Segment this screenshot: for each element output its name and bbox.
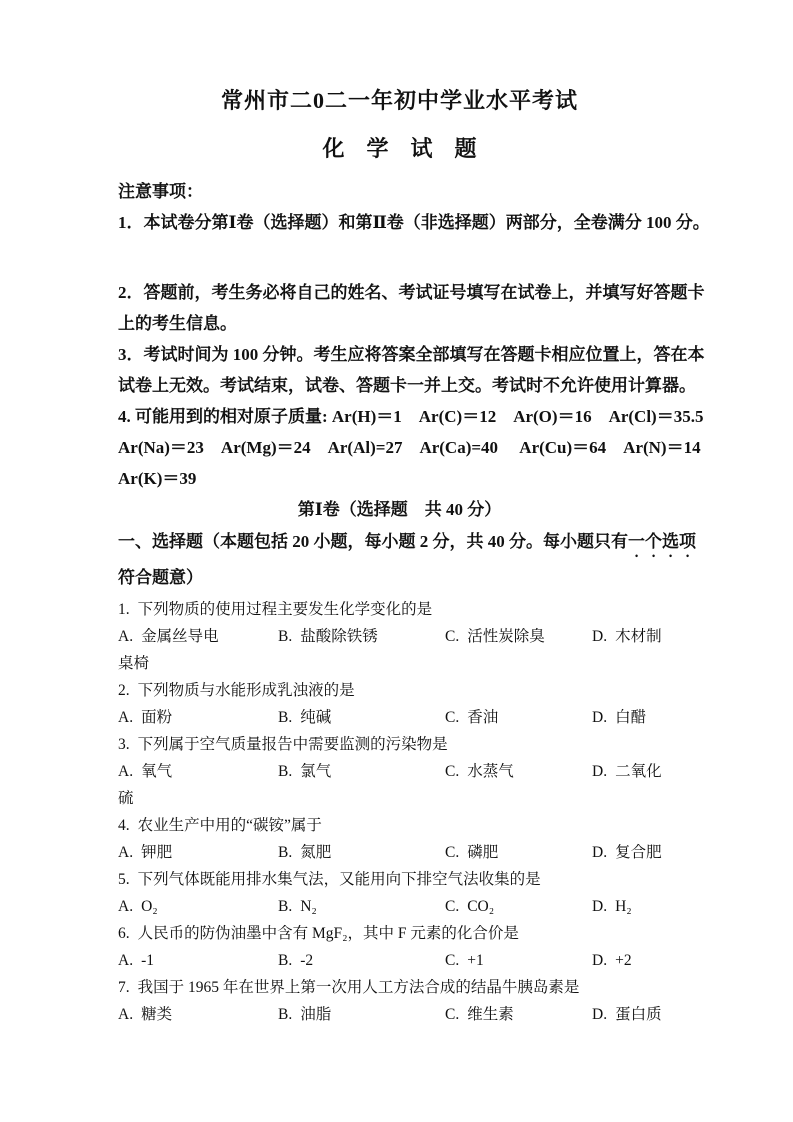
notice-heading: 注意事项： xyxy=(118,176,681,207)
question-stem: 4.农业生产中用的“碳铵”属于 xyxy=(118,812,681,839)
option-d: D.H₂ xyxy=(592,893,681,920)
option-c: C.+1 xyxy=(445,947,592,974)
option-d-label: D. xyxy=(592,898,607,915)
option-d-continuation: 硫 xyxy=(118,785,681,812)
option-a-text: 面粉 xyxy=(141,709,172,726)
option-b-label: B. xyxy=(278,898,292,915)
question-stem-text: 下列属于空气质量报告中需要监测的污染物是 xyxy=(138,736,448,753)
option-a-label: A. xyxy=(118,763,133,780)
question-number: 6. xyxy=(118,925,130,942)
section-1-heading: 第Ⅰ卷（选择题 共 40 分） xyxy=(118,494,681,525)
option-d-label: D. xyxy=(592,628,607,645)
notice-item-4-line-1: 4. 可能用到的相对原子质量: Ar(H)＝1 Ar(C)＝12 Ar(O)＝1… xyxy=(118,401,681,432)
question-block: 5.下列气体既能用排水集气法，又能用向下排空气法收集的是 A.O₂ B.N₂ C… xyxy=(118,866,681,920)
option-d-label: D. xyxy=(592,1006,607,1023)
option-d-label: D. xyxy=(592,844,607,861)
option-d-label: D. xyxy=(592,952,607,969)
option-d-label: D. xyxy=(592,709,607,726)
option-c-text: 水蒸气 xyxy=(467,763,514,780)
option-b-text: N₂ xyxy=(300,898,317,915)
option-d: D.+2 xyxy=(592,947,681,974)
option-d: D.木材制 xyxy=(592,623,681,650)
section-1-intro-text: 一、选择题（本题包括 20 小题，每小题 2 分，共 40 分。每小题只有 xyxy=(118,532,628,551)
option-a: A.金属丝导电 xyxy=(118,623,278,650)
option-a-label: A. xyxy=(118,898,133,915)
option-c-text: +1 xyxy=(467,952,484,969)
question-options-row: A.钾肥 B.氮肥 C.磷肥 D.复合肥 xyxy=(118,839,681,866)
question-block: 1.下列物质的使用过程主要发生化学变化的是 A.金属丝导电 B.盐酸除铁锈 C.… xyxy=(118,596,681,677)
option-b-text: 油脂 xyxy=(300,1006,331,1023)
option-b-label: B. xyxy=(278,763,292,780)
option-c-label: C. xyxy=(445,763,459,780)
option-c: C.香油 xyxy=(445,704,592,731)
option-b: B.纯碱 xyxy=(278,704,445,731)
option-c-label: C. xyxy=(445,1006,459,1023)
option-c: C.CO₂ xyxy=(445,893,592,920)
question-stem-text: 我国于 1965 年在世界上第一次用人工方法合成的结晶牛胰岛素是 xyxy=(138,979,580,996)
option-d: D.复合肥 xyxy=(592,839,681,866)
option-d: D.白醋 xyxy=(592,704,681,731)
question-number: 4. xyxy=(118,817,130,834)
question-options-row: A.-1 B.-2 C.+1 D.+2 xyxy=(118,947,681,974)
question-block: 6.人民币的防伪油墨中含有 MgF₂，其中 F 元素的化合价是 A.-1 B.-… xyxy=(118,920,681,974)
notice-item-1: 1．本试卷分第Ⅰ卷（选择题）和第Ⅱ卷（非选择题）两部分，全卷满分 100 分。 xyxy=(118,207,681,238)
option-d: D.蛋白质 xyxy=(592,1001,681,1028)
option-b: B.氮肥 xyxy=(278,839,445,866)
option-d-text: 复合肥 xyxy=(615,844,662,861)
document-subtitle: 化 学 试 题 xyxy=(118,134,681,164)
option-a-text: O₂ xyxy=(141,898,158,915)
option-d-text: 白醋 xyxy=(615,709,646,726)
option-a-label: A. xyxy=(118,1006,133,1023)
option-a: A.-1 xyxy=(118,947,278,974)
option-b-label: B. xyxy=(278,628,292,645)
option-b-text: 纯碱 xyxy=(300,709,331,726)
option-a: A.O₂ xyxy=(118,893,278,920)
question-block: 3.下列属于空气质量报告中需要监测的污染物是 A.氧气 B.氯气 C.水蒸气 D… xyxy=(118,731,681,812)
option-c-text: 磷肥 xyxy=(467,844,498,861)
option-b: B.N₂ xyxy=(278,893,445,920)
question-number: 3. xyxy=(118,736,130,753)
question-stem: 7.我国于 1965 年在世界上第一次用人工方法合成的结晶牛胰岛素是 xyxy=(118,974,681,1001)
notice-item-4-line-3: Ar(K)＝39 xyxy=(118,463,681,494)
question-block: 4.农业生产中用的“碳铵”属于 A.钾肥 B.氮肥 C.磷肥 D.复合肥 xyxy=(118,812,681,866)
option-a-text: 糖类 xyxy=(141,1006,172,1023)
option-c: C.维生素 xyxy=(445,1001,592,1028)
option-d: D.二氧化 xyxy=(592,758,681,785)
notice-item-3-line-2: 试卷上无效。考试结束，试卷、答题卡一并上交。考试时不允许使用计算器。 xyxy=(118,370,681,401)
question-stem: 2.下列物质与水能形成乳浊液的是 xyxy=(118,677,681,704)
question-block: 2.下列物质与水能形成乳浊液的是 A.面粉 B.纯碱 C.香油 D.白醋 xyxy=(118,677,681,731)
option-a-label: A. xyxy=(118,628,133,645)
option-c-label: C. xyxy=(445,844,459,861)
option-c: C.磷肥 xyxy=(445,839,592,866)
section-1-intro-line-1: 一、选择题（本题包括 20 小题，每小题 2 分，共 40 分。每小题只有一个选… xyxy=(118,525,681,561)
question-stem-text: 人民币的防伪油墨中含有 MgF₂，其中 F 元素的化合价是 xyxy=(138,925,519,942)
option-b-text: 氮肥 xyxy=(300,844,331,861)
option-b: B.-2 xyxy=(278,947,445,974)
option-b-text: 盐酸除铁锈 xyxy=(300,628,378,645)
question-options-row: A.O₂ B.N₂ C.CO₂ D.H₂ xyxy=(118,893,681,920)
option-d-text: H₂ xyxy=(615,898,632,915)
option-c-text: 活性炭除臭 xyxy=(467,628,545,645)
questions-list: 1.下列物质的使用过程主要发生化学变化的是 A.金属丝导电 B.盐酸除铁锈 C.… xyxy=(118,596,681,1028)
option-b-label: B. xyxy=(278,709,292,726)
option-a: A.面粉 xyxy=(118,704,278,731)
option-b: B.盐酸除铁锈 xyxy=(278,623,445,650)
option-a-text: 钾肥 xyxy=(141,844,172,861)
question-stem: 5.下列气体既能用排水集气法，又能用向下排空气法收集的是 xyxy=(118,866,681,893)
question-block: 7.我国于 1965 年在世界上第一次用人工方法合成的结晶牛胰岛素是 A.糖类 … xyxy=(118,974,681,1028)
option-a-text: 氧气 xyxy=(141,763,172,780)
notice-item-4-line-2: Ar(Na)＝23 Ar(Mg)＝24 Ar(Al)=27 Ar(Ca)=40 … xyxy=(118,432,681,463)
option-a-label: A. xyxy=(118,952,133,969)
option-a-label: A. xyxy=(118,844,133,861)
document-title: 常州市二0二一年初中学业水平考试 xyxy=(118,86,681,116)
option-b: B.氯气 xyxy=(278,758,445,785)
option-c-label: C. xyxy=(445,952,459,969)
section-1-intro-line-2: 符合题意） xyxy=(118,561,681,594)
option-a-label: A. xyxy=(118,709,133,726)
option-b-label: B. xyxy=(278,844,292,861)
option-c: C.活性炭除臭 xyxy=(445,623,592,650)
question-stem-text: 下列气体既能用排水集气法，又能用向下排空气法收集的是 xyxy=(138,871,541,888)
question-options-row: A.面粉 B.纯碱 C.香油 D.白醋 xyxy=(118,704,681,731)
option-d-continuation: 桌椅 xyxy=(118,650,681,677)
option-b-text: -2 xyxy=(300,952,313,969)
option-d-text: +2 xyxy=(615,952,632,969)
option-b: B.油脂 xyxy=(278,1001,445,1028)
option-a-text: 金属丝导电 xyxy=(141,628,219,645)
question-options-row: A.金属丝导电 B.盐酸除铁锈 C.活性炭除臭 D.木材制 xyxy=(118,623,681,650)
option-d-text: 木材制 xyxy=(615,628,662,645)
section-1-intro-emphasized-text: 一个选项 xyxy=(628,532,696,551)
option-c-text: 香油 xyxy=(467,709,498,726)
option-c-text: CO₂ xyxy=(467,898,494,915)
option-c-label: C. xyxy=(445,898,459,915)
option-d-text: 蛋白质 xyxy=(615,1006,662,1023)
notice-item-3-line-1: 3．考试时间为 100 分钟。考生应将答案全部填写在答题卡相应位置上，答在本 xyxy=(118,339,681,370)
question-options-row: A.糖类 B.油脂 C.维生素 D.蛋白质 xyxy=(118,1001,681,1028)
option-d-label: D. xyxy=(592,763,607,780)
question-number: 1. xyxy=(118,601,130,618)
question-stem-text: 下列物质与水能形成乳浊液的是 xyxy=(138,682,355,699)
option-a-text: -1 xyxy=(141,952,154,969)
option-b-text: 氯气 xyxy=(300,763,331,780)
question-number: 2. xyxy=(118,682,130,699)
question-stem: 3.下列属于空气质量报告中需要监测的污染物是 xyxy=(118,731,681,758)
exam-document-page: 常州市二0二一年初中学业水平考试 化 学 试 题 注意事项： 1．本试卷分第Ⅰ卷… xyxy=(0,0,793,1122)
question-stem: 6.人民币的防伪油墨中含有 MgF₂，其中 F 元素的化合价是 xyxy=(118,920,681,947)
option-c-text: 维生素 xyxy=(467,1006,514,1023)
question-number: 5. xyxy=(118,871,130,888)
option-a: A.钾肥 xyxy=(118,839,278,866)
option-d-text: 二氧化 xyxy=(615,763,662,780)
notice-item-2-line-2: 上的考生信息。 xyxy=(118,308,681,339)
option-a: A.糖类 xyxy=(118,1001,278,1028)
option-a: A.氧气 xyxy=(118,758,278,785)
option-b-label: B. xyxy=(278,952,292,969)
option-c: C.水蒸气 xyxy=(445,758,592,785)
notice-item-2-line-1: 2．答题前，考生务必将自己的姓名、考试证号填写在试卷上，并填写好答题卡 xyxy=(118,277,681,308)
option-b-label: B. xyxy=(278,1006,292,1023)
question-number: 7. xyxy=(118,979,130,996)
option-c-label: C. xyxy=(445,628,459,645)
question-stem-text: 农业生产中用的“碳铵”属于 xyxy=(138,817,322,834)
question-stem-text: 下列物质的使用过程主要发生化学变化的是 xyxy=(138,601,433,618)
question-options-row: A.氧气 B.氯气 C.水蒸气 D.二氧化 xyxy=(118,758,681,785)
question-stem: 1.下列物质的使用过程主要发生化学变化的是 xyxy=(118,596,681,623)
option-c-label: C. xyxy=(445,709,459,726)
